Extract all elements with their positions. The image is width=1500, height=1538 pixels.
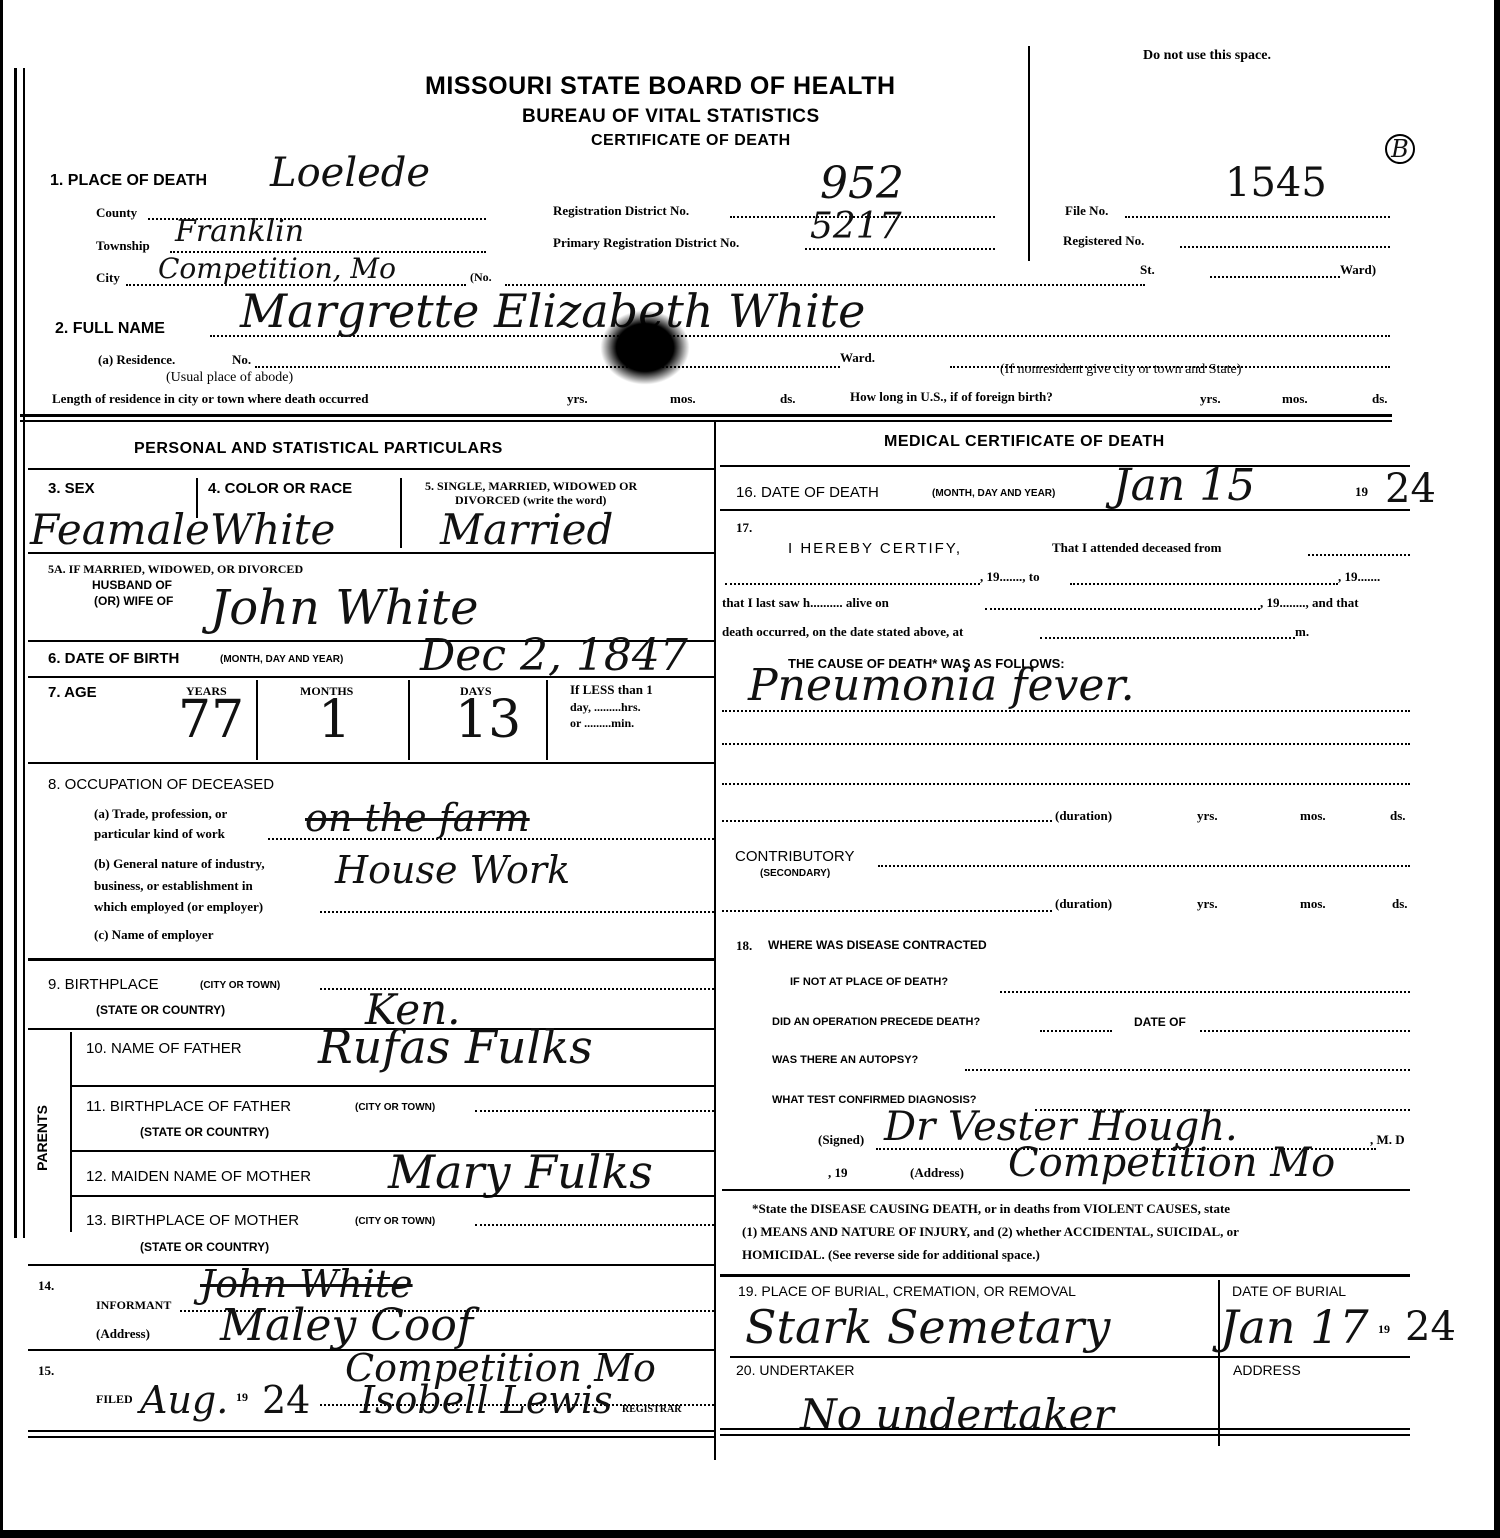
form-doc-type: CERTIFICATE OF DEATH <box>591 132 791 150</box>
filed-year-value[interactable]: 24 <box>262 1378 310 1422</box>
nonresident-note: (If nonresident give city or town and St… <box>1000 362 1241 378</box>
informant-num: 14. <box>38 1278 54 1294</box>
where-contracted-label: WHERE WAS DISEASE CONTRACTED <box>768 938 987 952</box>
divider-mother <box>72 1195 714 1197</box>
divider-filed-2 <box>28 1436 714 1438</box>
residence-field[interactable] <box>255 358 840 368</box>
burial-place-label: 19. PLACE OF BURIAL, CREMATION, OR REMOV… <box>738 1283 1076 1299</box>
foreign-label: How long in U.S., if of foreign birth? <box>850 389 1053 405</box>
cause-duration-ds: ds. <box>1390 808 1406 824</box>
registration-district-label: Registration District No. <box>553 203 689 219</box>
race-value[interactable]: White <box>210 505 335 554</box>
foreign-mos: mos. <box>1282 391 1308 407</box>
registration-district-value[interactable]: 952 <box>820 158 904 209</box>
contributory-label: CONTRIBUTORY <box>735 848 854 865</box>
file-no-field[interactable] <box>1125 208 1390 218</box>
spouse-value[interactable]: John White <box>210 580 479 636</box>
medical-section-title: MEDICAL CERTIFICATE OF DEATH <box>884 433 1165 451</box>
divider-bottom-right-2 <box>720 1434 1410 1436</box>
form-border-left <box>14 68 25 1238</box>
occ-c-label: (c) Name of employer <box>94 927 213 943</box>
age-months-value[interactable]: 1 <box>318 690 351 750</box>
last-saw-19: , 19........, and that <box>1260 595 1359 611</box>
certify-caps: I HEREBY CERTIFY, <box>788 540 962 557</box>
divider-dob-row <box>28 676 714 678</box>
length-yrs: yrs. <box>567 391 588 407</box>
cause-value[interactable]: Pneumonia fever. <box>748 660 1135 711</box>
occ-a-value[interactable]: on the farm <box>305 796 530 840</box>
mother-birthplace-label: 13. BIRTHPLACE OF MOTHER <box>86 1212 299 1229</box>
informant-label: INFORMANT <box>96 1298 171 1313</box>
divider-personal-header <box>28 468 714 470</box>
footnote-1: *State the DISEASE CAUSING DEATH, or in … <box>752 1201 1230 1217</box>
filed-num: 15. <box>38 1363 54 1379</box>
less-label-1: If LESS than 1 <box>570 682 653 698</box>
informant-address-label: (Address) <box>96 1326 150 1342</box>
filed-label: FILED <box>96 1392 133 1407</box>
age-divider-2 <box>408 680 410 760</box>
physician-address-label: (Address) <box>910 1165 964 1181</box>
county-label: County <box>96 205 137 221</box>
divider-sex-row <box>28 552 714 554</box>
residence-label: (a) Residence. <box>98 352 175 368</box>
father-birthplace-label: 11. BIRTHPLACE OF FATHER <box>86 1098 291 1115</box>
cause-field-2[interactable] <box>722 735 1410 745</box>
divider-footnote <box>720 1274 1410 1277</box>
burial-year-value[interactable]: 24 <box>1405 1304 1456 1350</box>
burial-date-label: DATE OF BURIAL <box>1232 1283 1346 1299</box>
cause-duration-yrs: yrs. <box>1197 808 1218 824</box>
cause-field-3[interactable] <box>722 775 1410 785</box>
usual-abode-label: (Usual place of abode) <box>166 370 293 386</box>
operation-date-label: DATE OF <box>1134 1015 1186 1029</box>
city-label: City <box>96 270 120 286</box>
undertaker-value[interactable]: No undertaker <box>800 1390 1114 1439</box>
full-name-label: 2. FULL NAME <box>55 320 165 338</box>
mother-birthplace-sub: (CITY OR TOWN) <box>355 1216 435 1227</box>
marital-label: 5. SINGLE, MARRIED, WIDOWED OR <box>425 479 637 494</box>
m-label: m. <box>1295 624 1309 640</box>
occ-b-value[interactable]: House Work <box>335 848 570 892</box>
place-of-death-label: 1. PLACE OF DEATH <box>50 172 207 190</box>
divider-occupation <box>28 958 714 961</box>
signed-label: (Signed) <box>818 1132 864 1148</box>
dod-sub: (MONTH, DAY AND YEAR) <box>932 488 1055 499</box>
primary-district-value[interactable]: 5217 <box>810 206 902 247</box>
dob-sub: (MONTH, DAY AND YEAR) <box>220 654 343 665</box>
column-divider <box>714 420 720 1460</box>
less-label-3: or .........min. <box>570 716 634 731</box>
occupation-label: 8. OCCUPATION OF DECEASED <box>48 776 274 793</box>
divider-dod <box>720 509 1410 511</box>
occ-b-label-1: (b) General nature of industry, <box>94 856 265 872</box>
father-name-value[interactable]: Rufas Fulks <box>318 1020 593 1074</box>
registrar-value[interactable]: Isobell Lewis <box>360 1378 613 1422</box>
cause-duration-mos: mos. <box>1300 808 1326 824</box>
informant-value[interactable]: Maley Coof <box>220 1300 473 1351</box>
secondary-label: (SECONDARY) <box>760 868 830 879</box>
page-edge-bottom <box>0 1530 1500 1538</box>
physician-address-value[interactable]: Competition Mo <box>1008 1140 1335 1186</box>
cause-duration-field[interactable] <box>722 812 1052 822</box>
burial-place-value[interactable]: Stark Semetary <box>745 1300 1110 1354</box>
primary-district-label: Primary Registration District No. <box>553 235 739 251</box>
divider-father <box>72 1085 714 1087</box>
sex-label: 3. SEX <box>48 480 95 497</box>
divider-top-section <box>20 414 1392 417</box>
race-marital-divider <box>400 478 402 548</box>
street-label: St. <box>1140 262 1155 278</box>
do-not-use-note: Do not use this space. <box>1143 48 1271 64</box>
certify-text: That I attended deceased from <box>1052 540 1221 556</box>
undertaker-address-label: ADDRESS <box>1233 1362 1301 1378</box>
dod-year-value[interactable]: 24 <box>1385 466 1436 512</box>
contributory-duration-yrs: yrs. <box>1197 896 1218 912</box>
line-to: , 19....... <box>1338 569 1380 585</box>
if-not-field[interactable] <box>1000 983 1410 993</box>
cert-year-label: , 19 <box>828 1165 848 1181</box>
item-18-num: 18. <box>736 938 752 954</box>
registered-no-field[interactable] <box>1180 238 1390 248</box>
contributory-duration-ds: ds. <box>1392 896 1408 912</box>
file-no-label: File No. <box>1065 203 1108 219</box>
dob-label: 6. DATE OF BIRTH <box>48 650 179 667</box>
occ-c-field[interactable] <box>270 935 714 943</box>
city-value[interactable]: Competition, Mo <box>158 252 396 285</box>
township-label: Township <box>96 238 150 254</box>
divider-burial <box>730 1356 1410 1358</box>
page-edge-left <box>0 0 3 1538</box>
marital-value[interactable]: Married <box>440 505 613 554</box>
corner-mark: B <box>1385 134 1415 164</box>
divider-bottom-right <box>720 1428 1410 1430</box>
attended-to-field[interactable] <box>1070 575 1338 585</box>
mother-name-label: 12. MAIDEN NAME OF MOTHER <box>86 1168 311 1185</box>
last-saw-label: that I last saw h.......... alive on <box>722 595 889 611</box>
autopsy-field[interactable] <box>965 1061 1410 1071</box>
full-name-value[interactable]: Margrette Elizabeth White <box>240 284 865 338</box>
parents-divider <box>70 1032 72 1232</box>
filed-year-prefix: 19 <box>236 1390 248 1405</box>
age-divider-1 <box>256 680 258 760</box>
mother-birthplace-state: (STATE OR COUNTRY) <box>140 1240 269 1254</box>
dod-label: 16. DATE OF DEATH <box>736 484 879 501</box>
last-saw-field[interactable] <box>985 600 1260 610</box>
header-divider <box>1028 46 1030 261</box>
less-label-2: day, .........hrs. <box>570 700 641 715</box>
birthplace-sub: (CITY OR TOWN) <box>200 980 280 991</box>
burial-year-prefix: 19 <box>1378 1322 1390 1337</box>
registrar-label: REGISTRAR <box>622 1404 681 1415</box>
operation-field[interactable] <box>1040 1022 1112 1032</box>
birthplace-state-label: (STATE OR COUNTRY) <box>96 1003 225 1017</box>
street-no-label: (No. <box>470 270 492 285</box>
father-birthplace-field[interactable] <box>475 1102 714 1112</box>
mother-birthplace-field[interactable] <box>475 1216 714 1226</box>
residence-ward-label: Ward. <box>840 350 875 366</box>
operation-label: DID AN OPERATION PRECEDE DEATH? <box>772 1016 980 1028</box>
father-name-label: 10. NAME OF FATHER <box>86 1040 242 1057</box>
page-edge-right <box>1494 0 1500 1538</box>
occ-a-label-1: (a) Trade, profession, or <box>94 806 227 822</box>
place-of-death-value[interactable]: Loelede <box>270 150 430 196</box>
birthplace-label: 9. BIRTHPLACE <box>48 976 159 993</box>
dod-year-prefix: 19 <box>1355 484 1368 500</box>
father-birthplace-state: (STATE OR COUNTRY) <box>140 1125 269 1139</box>
registered-no-label: Registered No. <box>1063 233 1144 249</box>
attended-from-field[interactable] <box>1308 546 1410 556</box>
md-label: , M. D <box>1370 1132 1405 1148</box>
ward-label: Ward) <box>1340 262 1376 278</box>
contributory-duration-label: (duration) <box>1055 896 1112 912</box>
dob-value[interactable]: Dec 2, 1847 <box>420 630 688 681</box>
divider-medical-header <box>720 465 1410 467</box>
divider-signature <box>722 1189 1410 1191</box>
ward-field[interactable] <box>1210 268 1340 278</box>
length-mos: mos. <box>670 391 696 407</box>
item-17-num: 17. <box>736 520 752 536</box>
divider-age-row <box>28 762 714 764</box>
spouse-label-2: HUSBAND OF <box>92 578 172 592</box>
cause-duration-label: (duration) <box>1055 808 1112 824</box>
contributory-field[interactable] <box>878 857 1410 867</box>
father-birthplace-sub: (CITY OR TOWN) <box>355 1102 435 1113</box>
length-residence-label: Length of residence in city or town wher… <box>52 391 368 407</box>
occ-b-field[interactable] <box>320 903 714 913</box>
footnote-3: HOMICIDAL. (See reverse side for additio… <box>742 1247 1040 1263</box>
ink-blot <box>600 310 690 385</box>
occ-a-label-2: particular kind of work <box>94 826 225 842</box>
residence-no-label: No. <box>232 352 251 368</box>
divider-top-section-2 <box>20 420 1392 422</box>
attended-from-date-field[interactable] <box>725 575 980 585</box>
foreign-ds: ds. <box>1372 391 1388 407</box>
parents-side-label: PARENTS <box>34 1105 50 1171</box>
age-label: 7. AGE <box>48 684 97 701</box>
personal-section-title: PERSONAL AND STATISTICAL PARTICULARS <box>134 440 503 458</box>
race-label: 4. COLOR OR RACE <box>208 480 352 497</box>
age-divider-3 <box>546 680 548 760</box>
foreign-yrs: yrs. <box>1200 391 1221 407</box>
form-title: MISSOURI STATE BOARD OF HEALTH <box>425 72 896 101</box>
operation-date-field[interactable] <box>1200 1022 1410 1032</box>
spouse-label-3: (OR) WIFE OF <box>94 594 173 608</box>
undertaker-label: 20. UNDERTAKER <box>736 1362 855 1378</box>
contributory-duration-field[interactable] <box>722 902 1052 912</box>
death-occurred-label: death occurred, on the date stated above… <box>722 624 963 640</box>
death-time-field[interactable] <box>1040 629 1295 639</box>
length-ds: ds. <box>780 391 796 407</box>
age-years-value[interactable]: 77 <box>178 690 244 750</box>
mother-name-value[interactable]: Mary Fulks <box>388 1145 653 1199</box>
occ-b-label-3: which employed (or employer) <box>94 899 263 915</box>
filed-month-value[interactable]: Aug. <box>140 1378 228 1422</box>
autopsy-label: WAS THERE AN AUTOPSY? <box>772 1054 918 1066</box>
sex-value[interactable]: Feamale <box>30 505 210 554</box>
township-value[interactable]: Franklin <box>175 214 304 249</box>
age-days-value[interactable]: 13 <box>455 690 521 750</box>
footnote-2: (1) MEANS AND NATURE OF INJURY, and (2) … <box>742 1224 1239 1240</box>
if-not-label: IF NOT AT PLACE OF DEATH? <box>790 976 948 988</box>
burial-date-value[interactable]: Jan 17 <box>1220 1300 1369 1354</box>
dod-value[interactable]: Jan 15 <box>1113 460 1255 511</box>
file-no-value[interactable]: 1545 <box>1225 160 1327 206</box>
divider-filed <box>28 1430 714 1432</box>
line-from: , 19......., to <box>980 569 1040 585</box>
occ-b-label-2: business, or establishment in <box>94 878 253 894</box>
form-subtitle: BUREAU OF VITAL STATISTICS <box>522 106 820 128</box>
spouse-label-1: 5A. IF MARRIED, WIDOWED, OR DIVORCED <box>48 562 303 577</box>
contributory-duration-mos: mos. <box>1300 896 1326 912</box>
